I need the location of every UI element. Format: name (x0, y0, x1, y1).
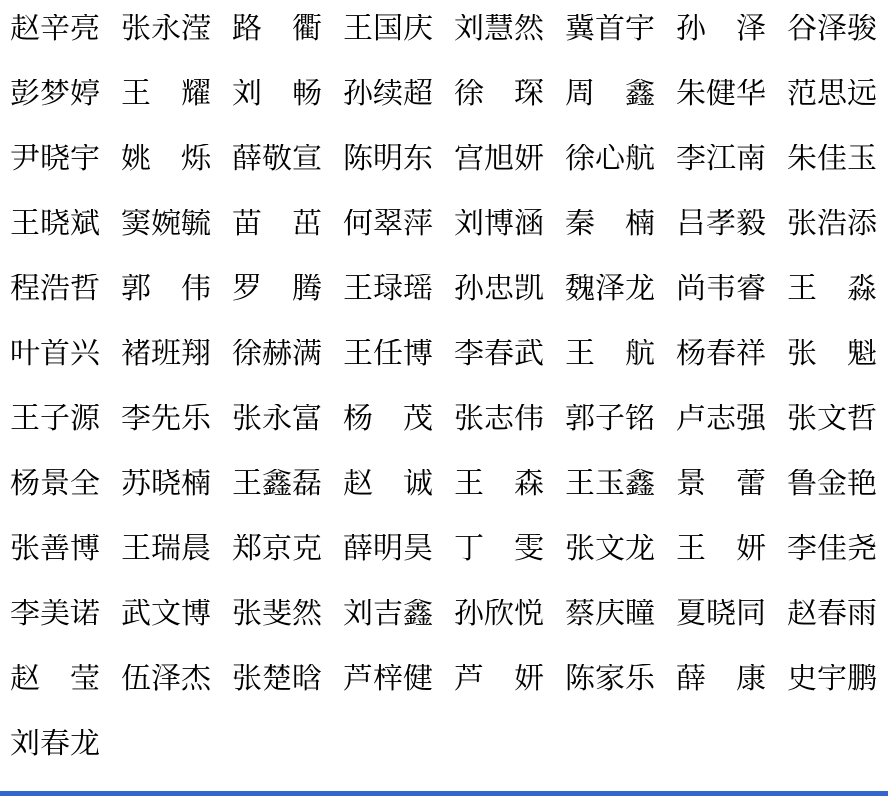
person-name: 李春武 (454, 339, 544, 369)
person-name: 褚班翔 (121, 339, 211, 369)
person-name: 杨景全 (10, 469, 100, 499)
bottom-accent-bar (0, 791, 888, 796)
person-name: 张楚晗 (232, 664, 322, 694)
name-list: 赵辛亮张永滢路 衢王国庆刘慧然冀首宇孙 泽谷泽骏彭梦婷王 耀刘 畅孙续超徐 琛周… (0, 0, 888, 759)
person-name: 郑京克 (232, 534, 322, 564)
person-name: 何翠萍 (343, 209, 433, 239)
person-name: 徐 琛 (454, 79, 544, 109)
person-name: 王瑞晨 (121, 534, 211, 564)
person-name: 芦梓健 (343, 664, 433, 694)
person-name: 王琭瑶 (343, 274, 433, 304)
person-name: 尹晓宇 (10, 144, 100, 174)
person-name: 孙忠凯 (454, 274, 544, 304)
person-name: 薛 康 (676, 664, 766, 694)
person-name: 武文博 (121, 599, 211, 629)
person-name: 张斐然 (232, 599, 322, 629)
person-name: 王子源 (10, 404, 100, 434)
name-row: 李美诺武文博张斐然刘吉鑫孙欣悦蔡庆瞳夏晓同赵春雨 (10, 599, 888, 629)
person-name: 王 淼 (787, 274, 877, 304)
person-name: 夏晓同 (676, 599, 766, 629)
person-name: 王鑫磊 (232, 469, 322, 499)
person-name: 杨 茂 (343, 404, 433, 434)
person-name: 陈明东 (343, 144, 433, 174)
person-name: 杨春祥 (676, 339, 766, 369)
person-name: 徐心航 (565, 144, 655, 174)
person-name: 史宇鹏 (787, 664, 877, 694)
person-name: 赵 诚 (343, 469, 433, 499)
person-name: 王 妍 (676, 534, 766, 564)
person-name: 李佳尧 (787, 534, 877, 564)
name-row: 尹晓宇姚 烁薛敬宣陈明东宫旭妍徐心航李江南朱佳玉 (10, 144, 888, 174)
name-row: 刘春龙 (10, 729, 888, 759)
person-name: 秦 楠 (565, 209, 655, 239)
person-name: 范思远 (787, 79, 877, 109)
person-name: 朱健华 (676, 79, 766, 109)
person-name: 李美诺 (10, 599, 100, 629)
person-name: 窦婉毓 (121, 209, 211, 239)
person-name: 张浩添 (787, 209, 877, 239)
person-name: 谷泽骏 (787, 14, 877, 44)
person-name: 张文龙 (565, 534, 655, 564)
person-name: 丁 雯 (454, 534, 544, 564)
person-name: 宫旭妍 (454, 144, 544, 174)
person-name: 罗 腾 (232, 274, 322, 304)
person-name: 卢志强 (676, 404, 766, 434)
person-name: 王任博 (343, 339, 433, 369)
person-name: 王 森 (454, 469, 544, 499)
person-name: 刘春龙 (10, 729, 100, 759)
name-row: 王子源李先乐张永富杨 茂张志伟郭子铭卢志强张文哲 (10, 404, 888, 434)
name-row: 赵辛亮张永滢路 衢王国庆刘慧然冀首宇孙 泽谷泽骏 (10, 14, 888, 44)
person-name: 周 鑫 (565, 79, 655, 109)
person-name: 张永富 (232, 404, 322, 434)
person-name: 王国庆 (343, 14, 433, 44)
person-name: 薛敬宣 (232, 144, 322, 174)
person-name: 赵 莹 (10, 664, 100, 694)
person-name: 蔡庆瞳 (565, 599, 655, 629)
name-row: 张善博王瑞晨郑京克薛明昊丁 雯张文龙王 妍李佳尧 (10, 534, 888, 564)
person-name: 薛明昊 (343, 534, 433, 564)
person-name: 李先乐 (121, 404, 211, 434)
person-name: 郭子铭 (565, 404, 655, 434)
person-name: 赵春雨 (787, 599, 877, 629)
person-name: 张永滢 (121, 14, 211, 44)
person-name: 苏晓楠 (121, 469, 211, 499)
person-name: 朱佳玉 (787, 144, 877, 174)
name-row: 赵 莹伍泽杰张楚晗芦梓健芦 妍陈家乐薛 康史宇鹏 (10, 664, 888, 694)
person-name: 陈家乐 (565, 664, 655, 694)
person-name: 张文哲 (787, 404, 877, 434)
person-name: 刘吉鑫 (343, 599, 433, 629)
person-name: 程浩哲 (10, 274, 100, 304)
person-name: 路 衢 (232, 14, 322, 44)
name-row: 叶首兴褚班翔徐赫满王任博李春武王 航杨春祥张 魁 (10, 339, 888, 369)
person-name: 王 航 (565, 339, 655, 369)
person-name: 郭 伟 (121, 274, 211, 304)
person-name: 孙欣悦 (454, 599, 544, 629)
person-name: 苗 茁 (232, 209, 322, 239)
person-name: 鲁金艳 (787, 469, 877, 499)
person-name: 张 魁 (787, 339, 877, 369)
person-name: 芦 妍 (454, 664, 544, 694)
person-name: 叶首兴 (10, 339, 100, 369)
person-name: 魏泽龙 (565, 274, 655, 304)
person-name: 姚 烁 (121, 144, 211, 174)
person-name: 赵辛亮 (10, 14, 100, 44)
person-name: 徐赫满 (232, 339, 322, 369)
person-name: 张善博 (10, 534, 100, 564)
person-name: 孙续超 (343, 79, 433, 109)
name-row: 彭梦婷王 耀刘 畅孙续超徐 琛周 鑫朱健华范思远 (10, 79, 888, 109)
person-name: 王晓斌 (10, 209, 100, 239)
person-name: 尚韦睿 (676, 274, 766, 304)
person-name: 王 耀 (121, 79, 211, 109)
person-name: 张志伟 (454, 404, 544, 434)
person-name: 刘慧然 (454, 14, 544, 44)
person-name: 景 蕾 (676, 469, 766, 499)
person-name: 刘博涵 (454, 209, 544, 239)
person-name: 吕孝毅 (676, 209, 766, 239)
person-name: 彭梦婷 (10, 79, 100, 109)
person-name: 孙 泽 (676, 14, 766, 44)
person-name: 冀首宇 (565, 14, 655, 44)
name-row: 杨景全苏晓楠王鑫磊赵 诚王 森王玉鑫景 蕾鲁金艳 (10, 469, 888, 499)
person-name: 李江南 (676, 144, 766, 174)
name-row: 王晓斌窦婉毓苗 茁何翠萍刘博涵秦 楠吕孝毅张浩添 (10, 209, 888, 239)
person-name: 伍泽杰 (121, 664, 211, 694)
name-row: 程浩哲郭 伟罗 腾王琭瑶孙忠凯魏泽龙尚韦睿王 淼 (10, 274, 888, 304)
person-name: 王玉鑫 (565, 469, 655, 499)
person-name: 刘 畅 (232, 79, 322, 109)
